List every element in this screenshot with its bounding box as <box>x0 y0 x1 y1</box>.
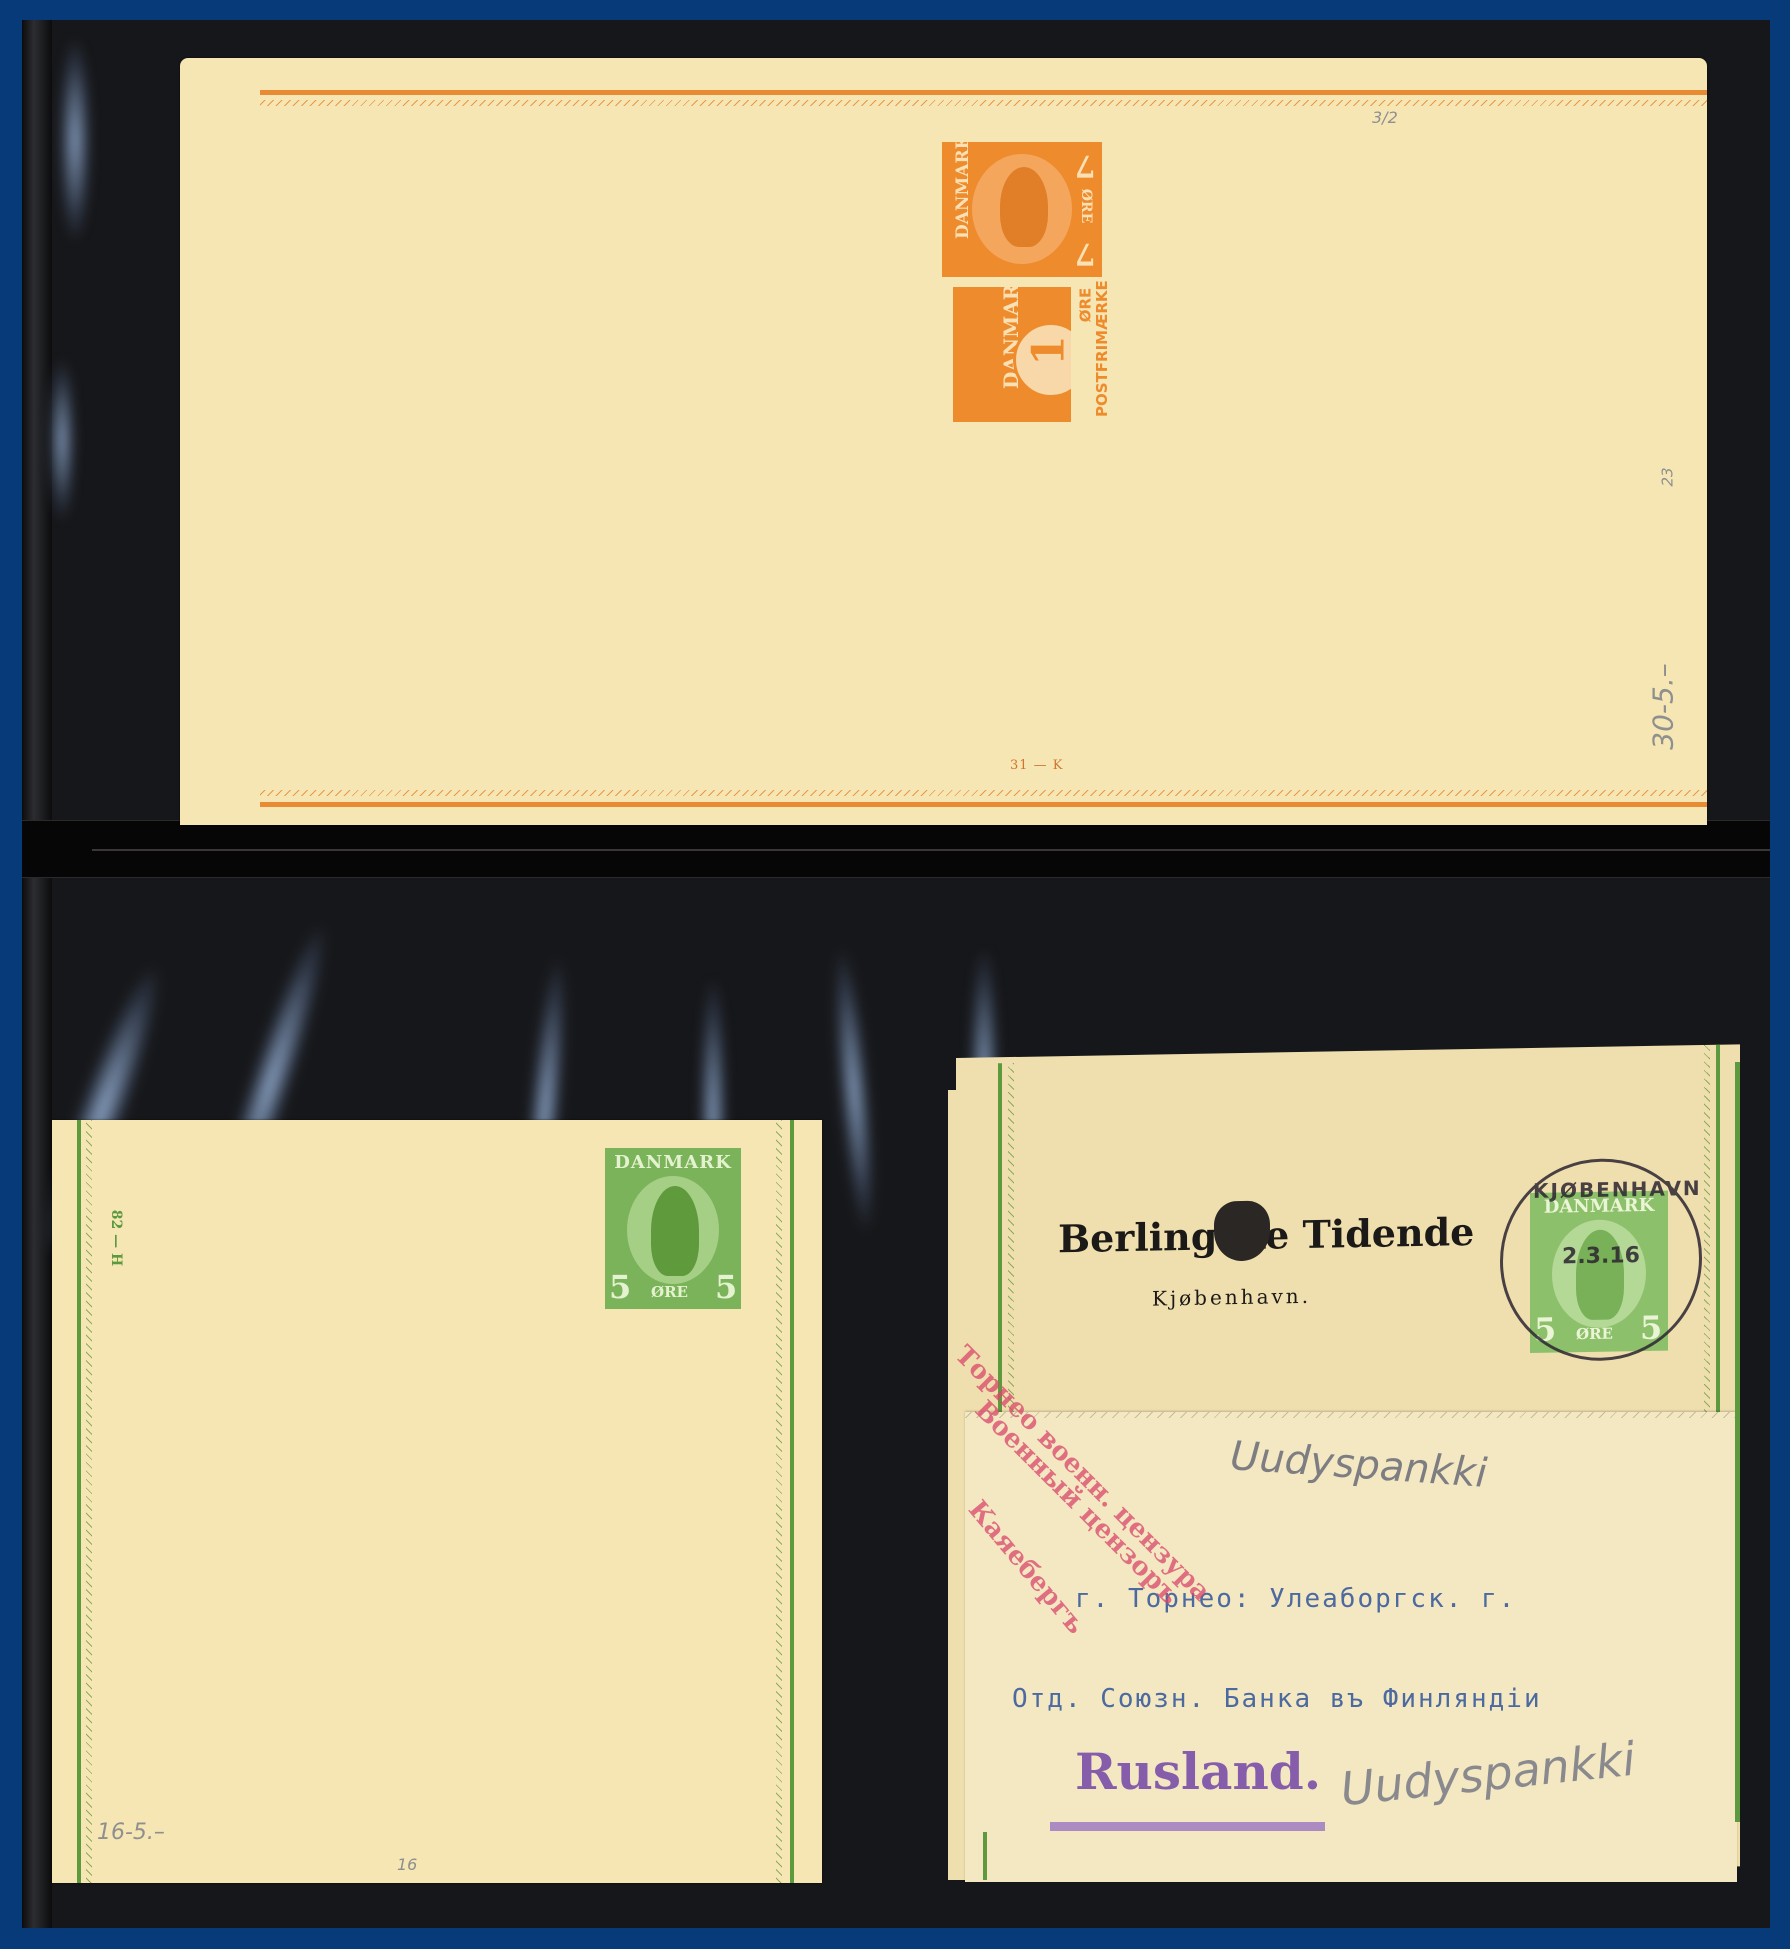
stamp-currency: ØRE <box>1076 288 1094 323</box>
address-line: Отд. Союзн. Банка въ Финляндіи <box>1012 1684 1542 1714</box>
stamp-value: 7 <box>1070 148 1100 183</box>
stamp-5-ore-green: DANMARK 5 ØRE 5 <box>605 1148 741 1309</box>
stamp-value: 5 <box>609 1268 631 1306</box>
pencil-note: 16 <box>397 1855 417 1874</box>
stamp-currency: ØRE <box>1078 180 1094 232</box>
postmark-date: 2.3.16 <box>1523 1242 1679 1270</box>
stamp-value: 7 <box>1070 236 1100 271</box>
postmark: KJØBENHAVN 2.3.16 <box>1500 1157 1702 1363</box>
pencil-note: 23 <box>1659 467 1677 486</box>
printing-mark: 82 — H <box>108 1210 124 1266</box>
stamp-1-ore: DANMARK 1 <box>953 287 1071 422</box>
pencil-note: 30-5.– <box>1647 663 1680 749</box>
destination-underline <box>1050 1822 1325 1831</box>
postmark-city: KJØBENHAVN <box>1533 1176 1673 1202</box>
king-portrait-icon <box>1000 167 1048 247</box>
plastic-glare <box>50 360 74 520</box>
stamp-7-ore: DANMARK 7 7 ØRE <box>942 142 1102 277</box>
pocket-divider-strip <box>22 820 1770 878</box>
handwritten-note: Uudyspankki <box>1229 1433 1489 1497</box>
pencil-note: 3/2 <box>1372 108 1398 127</box>
pencil-note: 16-5.– <box>97 1820 165 1845</box>
wrapper-edge-line <box>983 1832 987 1880</box>
stamp-currency: ØRE <box>651 1283 688 1301</box>
stamp-country: DANMARK <box>953 169 973 239</box>
printing-mark: 31 — K <box>1010 758 1064 773</box>
page-left-edge <box>22 20 52 1928</box>
plastic-glare <box>60 40 90 240</box>
stamp-value: 5 <box>715 1268 737 1306</box>
stamp-country: DANMARK <box>605 1152 741 1173</box>
sender-city: Kjøbenhavn. <box>1152 1284 1311 1311</box>
destination-country: Rusland. <box>1075 1742 1321 1801</box>
king-portrait-icon <box>651 1186 699 1276</box>
bottom-left-wrapper[interactable]: 82 — H DANMARK 5 ØRE 5 16-5.– 16 <box>52 1120 822 1883</box>
top-wrapper[interactable]: DANMARK 7 7 ØRE DANMARK 1 POSTFRIMÆRKE Ø… <box>180 58 1707 825</box>
stamp-value: 1 <box>1024 331 1072 371</box>
handwritten-note: Uudyspankki <box>1338 1732 1638 1817</box>
wrapper-edge-line <box>1735 1062 1740 1822</box>
stamp-label: POSTFRIMÆRKE <box>1093 277 1111 417</box>
